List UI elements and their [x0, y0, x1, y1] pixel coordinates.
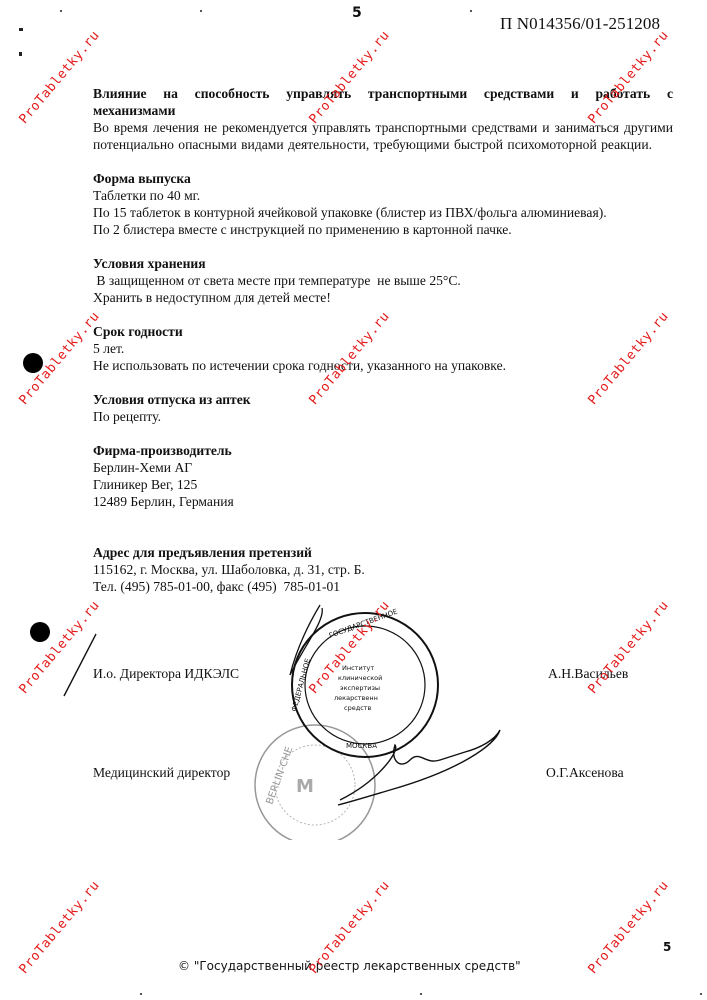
- release-form-line-1: Таблетки по 40 мг.: [93, 187, 673, 204]
- page-number-bottom: 5: [663, 940, 671, 954]
- scan-speck: [700, 993, 702, 995]
- claims-address-line: 115162, г. Москва, ул. Шаболовка, д. 31,…: [93, 561, 673, 578]
- svg-text:BERLIN-CHE: BERLIN-CHE: [264, 745, 295, 806]
- section-title-driving: Влияние на способность управлять транспо…: [93, 85, 673, 119]
- scan-mark: [19, 52, 22, 56]
- watermark: ProTabletky.ru: [586, 598, 672, 697]
- svg-text:МОСКВА: МОСКВА: [346, 742, 377, 750]
- page-number-top: 5: [352, 5, 362, 21]
- section-title-storage: Условия хранения: [93, 255, 673, 272]
- section-manufacturer: Фирма-производитель Берлин-Хеми АГ Глини…: [93, 442, 673, 510]
- watermark: ProTabletky.ru: [586, 878, 672, 977]
- storage-line-2: Хранить в недоступном для детей месте!: [93, 289, 673, 306]
- section-claims-address: Адрес для предъявления претензий 115162,…: [93, 544, 673, 595]
- scan-mark: [19, 28, 23, 31]
- scan-speck: [60, 10, 62, 12]
- manufacturer-city: 12489 Берлин, Германия: [93, 493, 673, 510]
- claims-phone-line: Тел. (495) 785-01-00, факс (495) 785-01-…: [93, 578, 673, 595]
- signatory-2-name: О.Г.Аксенова: [546, 765, 624, 781]
- dispensing-line-1: По рецепту.: [93, 408, 673, 425]
- watermark: ProTabletky.ru: [17, 28, 103, 127]
- manufacturer-street: Глиникер Вег, 125: [93, 476, 673, 493]
- release-form-line-3: По 2 блистера вместе с инструкцией по пр…: [93, 221, 673, 238]
- binder-hole-bottom: [30, 622, 50, 642]
- manufacturer-name: Берлин-Хеми АГ: [93, 459, 673, 476]
- storage-line-1: В защищенном от света месте при температ…: [93, 272, 673, 289]
- section-title-claims-address: Адрес для предъявления претензий: [93, 544, 673, 561]
- scan-speck: [140, 993, 142, 995]
- section-shelf-life: Срок годности 5 лет. Не использовать по …: [93, 323, 673, 374]
- section-storage: Условия хранения В защищенном от света м…: [93, 255, 673, 306]
- signatory-2-position: Медицинский директор: [93, 765, 230, 781]
- scan-speck: [420, 993, 422, 995]
- svg-text:клинической: клинической: [338, 674, 382, 682]
- shelf-life-line-2: Не использовать по истечении срока годно…: [93, 357, 673, 374]
- release-form-line-2: По 15 таблеток в контурной ячейковой упа…: [93, 204, 673, 221]
- svg-text:средств: средств: [344, 704, 372, 712]
- shelf-life-line-1: 5 лет.: [93, 340, 673, 357]
- signatory-1-position: И.о. Директора ИДКЭЛС: [93, 666, 239, 682]
- section-title-release-form: Форма выпуска: [93, 170, 673, 187]
- scan-speck: [200, 10, 202, 12]
- copyright-footer: © "Государственный реестр лекарственных …: [178, 959, 521, 973]
- section-title-manufacturer: Фирма-производитель: [93, 442, 673, 459]
- section-driving: Влияние на способность управлять транспо…: [93, 85, 673, 153]
- section-text-driving: Во время лечения не рекомендуется управл…: [93, 119, 673, 153]
- svg-text:экспертизы: экспертизы: [340, 684, 380, 692]
- stamps-and-signature: BERLIN-CHE M ГОСУДАРСТВЕННОЕ Институт кл…: [250, 600, 510, 840]
- svg-text:лекарственн: лекарственн: [334, 694, 378, 702]
- registration-number: П N014356/01-251208: [500, 14, 660, 34]
- scan-speck: [470, 10, 472, 12]
- svg-text:Институт: Институт: [342, 664, 374, 672]
- section-release-form: Форма выпуска Таблетки по 40 мг. По 15 т…: [93, 170, 673, 238]
- document-body: Влияние на способность управлять транспо…: [93, 85, 673, 595]
- svg-text:M: M: [296, 776, 314, 797]
- watermark: ProTabletky.ru: [17, 878, 103, 977]
